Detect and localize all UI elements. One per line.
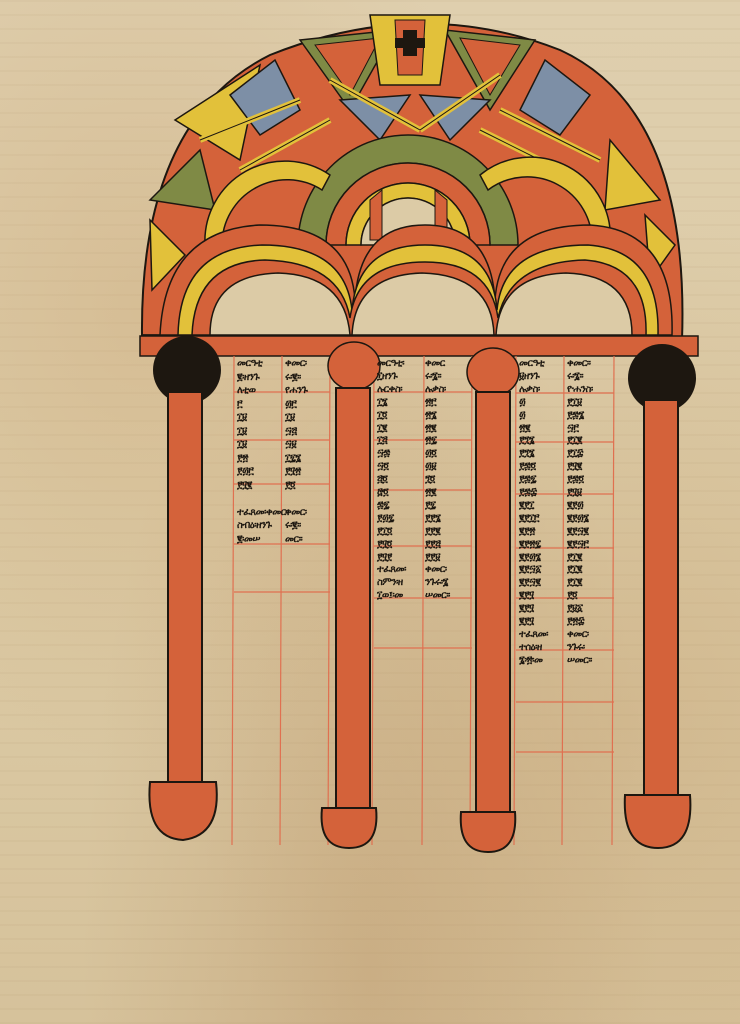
table-cell: የሐንጉ [285,385,307,397]
table-cell: ፪፻፶ [519,590,534,602]
table-cell: መርዓቲ [237,358,262,370]
table-cell: ፴ [519,397,525,409]
table-cell: ሉቃስ፡ [425,384,446,396]
table-cell: ፻፱፩ [567,603,583,615]
table-cell: ፻፲፰ [567,448,583,460]
table-cell: ፻፳ [237,453,248,465]
table-cell: ፲፮ [377,397,387,409]
table-cell: ፪፻፲ [519,500,534,512]
table-cell: ፭፬ [377,474,387,486]
table-cell: ፵፬ [377,461,388,473]
table-cell: ሩ፡፪፡፡ [285,372,301,384]
table-cell: ሉቃስ፡ [519,384,540,396]
table-cell: ፻፺፮ [519,448,534,460]
pillar-4 [625,344,696,848]
table-cell: ፳፪ [425,423,436,435]
table-cell: ስምን፡ዘ [377,577,403,589]
table-cell: ፴፬ [425,448,436,460]
table-cell: ፻፶፬ [377,539,392,551]
table-cell: ቀመር፡ [285,358,307,370]
table-cell: ፸፬ [377,487,388,499]
table-cell: ፵፱ [285,439,296,451]
table-cell: ፲፪ [377,423,387,435]
table-cell: ቀመር፡፡ [567,358,591,370]
table-cell: ፲፱ [237,412,247,424]
table-cell: ፻፶፳ [285,466,301,478]
table-cell: ፻፶፻ [377,552,392,564]
table-cell: ተፈጸመ፡ቀመር፡ [237,507,288,519]
table-cell: ፲፱ [237,426,247,438]
table-cell: ፳፮ [425,410,436,422]
table-cell: ፵፷ [377,448,390,460]
table-cell: ሩ፡፪፡፡ [285,520,301,532]
table-cell: ፻፲፪ [567,552,582,564]
table-cell: ፪፻፴ [567,500,583,512]
table-cell: ፻፶፪ [237,480,252,492]
table-cell: ፻፲፪ [567,435,582,447]
table-cell: ዮሐንስ፡ [567,384,593,396]
table-cell: ፲፬ [377,410,387,422]
canon-table-middle: መርዓቲ፡፲ዘንጉሉርቀስ፡፲፮፲፬፲፪፲፭፵፷፵፬፭፬፸፬፷፯፻፴፯፻፲፬፻፶… [376,356,472,601]
table-cell: ፻፶፱ [567,487,582,499]
table-cell: ፲ወ፤፡መ [377,590,403,602]
table-cell: ፺፬ [425,474,435,486]
table-cell: ፱ዘንጉ [519,371,539,383]
table-cell: ፲፱ [285,412,295,424]
table-cell: ፻፳፰ [567,616,584,628]
table-cell: ፵፫ [567,423,578,435]
table-cell: ፻፻፭ [425,539,440,551]
table-cell: ፪፻፶ [519,616,534,628]
table-cell: ሩ፡፮፡፡ [425,371,441,383]
table-cell: ፪፡ዘንጉ [237,372,259,384]
table-cell: ሉርቀስ፡ [377,384,402,396]
table-cell: ፪፻፵፫ [567,539,588,551]
table-cell: ፳፫ [425,397,436,409]
table-cell: ቀመር፡ [285,507,307,519]
table-cell: ፻፬ [285,480,295,492]
table-cell: ፴፱ [425,461,436,473]
lintel-bar [140,336,698,356]
table-cell: ፻፺፮ [519,435,534,447]
table-cell: ፲፭ [377,435,387,447]
table-cell: ፪፻፵፪ [519,577,540,589]
canon-table-left: መርዓቲ፪፡ዘንጉለቲወ፫፲፱፲፱፲፱፻፳፻፴፫፻፶፪ተፈጸመ፡ቀመር፡ስብዕ፡… [236,356,330,546]
table-cell: ፻፯ [425,500,436,512]
table-cell: ፻፻፱ [425,552,440,564]
table-cell: ፲፯፮ [285,453,301,465]
canon-table-right: መርዓቲ፱ዘንጉሉቃስ፡፴፴፳፪፻፺፮፻፺፮፻፷፬፻፷፯፻፷፰፪፻፲፪፻፲፫፪፻… [518,356,614,666]
manuscript-page: መርዓቲ፪፡ዘንጉለቲወ፫፲፱፲፱፲፱፻፳፻፴፫፻፶፪ተፈጸመ፡ቀመር፡ስብዕ፡… [0,0,740,1024]
table-cell: መርዓቲ፡ [377,358,404,370]
table-cell: ፪፻፴፮ [567,513,589,525]
table-cell: ፻፴፫ [237,466,253,478]
table-cell: ፪፻፵፩ [519,564,541,576]
table-cell: ፪፻፴፮ [519,552,541,564]
table-cell: ፻፬ [567,590,577,602]
table-cell: መር፡፡ [285,534,302,546]
table-cell: ፻፷፯ [519,474,536,486]
decorated-arch [142,15,682,340]
table-cell: ለቲወ [237,385,256,397]
table-cell: ፪፻፲፫ [519,513,539,525]
table-cell: ተሰዕ፡ዘ [519,642,542,654]
table-cell: ፻፲፪ [567,577,582,589]
table-cell: ፲ዘንጉ [377,371,397,383]
table-cell: ፻፷፰ [519,487,537,499]
table-cell: ፪፻፳ [519,526,535,538]
table-cell: ፴ [519,410,525,422]
table-cell: ፻፷፬ [567,474,584,486]
table-cell: ስብዕ፡ዘንጉ [237,520,272,532]
table-cell: ፮፡፳፡መ [519,655,543,667]
table-cell: ሩ፡፮፡፡ [567,371,583,383]
table-cell: ፻፲፬ [377,526,392,538]
table-cell: ፴፫ [285,399,296,411]
table-cell: ፳፯ [425,435,437,447]
table-cell: ፻፴፯ [377,513,394,525]
table-cell: ፵፭ [285,426,297,438]
table-cell: ፻፷፮ [567,410,584,422]
table-cell: መርዓቲ [519,358,544,370]
table-cell: ፻፲፪ [567,564,582,576]
table-cell: ፪፻፶ [519,603,534,615]
pillar-1 [149,336,221,840]
table-cell: ፳፪ [425,487,436,499]
table-cell: ቀመር፡ [567,629,589,641]
table-cell: ፳፪ [519,423,530,435]
table-cell: ሠመር፡፡ [425,590,450,602]
arcade-illumination [0,0,740,1024]
table-cell: ፲፱ [237,439,247,451]
table-cell: ፫ [237,399,242,411]
table-cell: ፪፡መሠ [237,534,260,546]
table-cell: ቀመር [425,358,445,370]
table-cell: ተፈጸመ፡ [519,629,548,641]
table-cell: ፻፻፪ [425,526,440,538]
table-cell: ፻፲፱ [567,397,582,409]
table-cell: ፻፷፬ [519,461,536,473]
table-cell: ንጉሩ፡፮ [425,577,448,589]
table-cell: ንጉሩ፡ [567,642,585,654]
table-cell: ፷፯ [377,500,389,512]
table-cell: ፻፻፮ [425,513,440,525]
table-cell: ፻፶፪ [567,461,582,473]
table-cell: ተፈጸመ፡ [377,564,406,576]
table-cell: ሠመር፡፡ [567,655,592,667]
table-cell: ቀመር፡ [425,564,447,576]
table-cell: ፪፻፵፪ [567,526,588,538]
table-cell: ፪፻፳፯ [519,539,541,551]
